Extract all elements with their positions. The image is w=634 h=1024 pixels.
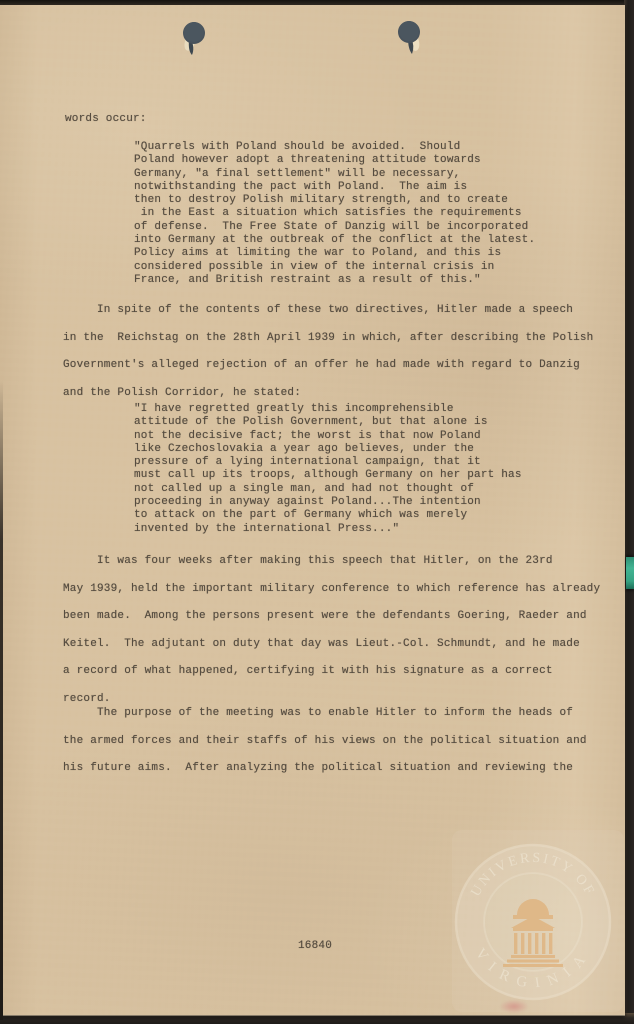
document-scan: UNIVERSITY OF VIRGINIA (0, 0, 634, 1024)
punch-hole-icon (178, 18, 214, 60)
blockquote-hitler-speech: "I have regretted greatly this incompreh… (134, 403, 522, 536)
intro-line: words occur: (65, 112, 147, 126)
ink-smudge (500, 1000, 528, 1013)
university-of-virginia-watermark-icon: UNIVERSITY OF VIRGINIA (433, 822, 633, 1022)
page-number: 16840 (298, 939, 332, 953)
blockquote-directive: "Quarrels with Poland should be avoided.… (134, 141, 535, 287)
paragraph-reichstag-speech: In spite of the contents of these two di… (63, 297, 593, 407)
paragraph-meeting-purpose: The purpose of the meeting was to enable… (63, 700, 587, 783)
punch-hole-icon (394, 17, 430, 59)
scanner-edge-artifact (626, 557, 634, 589)
paragraph-military-conference: It was four weeks after making this spee… (63, 548, 600, 713)
scan-bed-left-edge (0, 380, 3, 1020)
